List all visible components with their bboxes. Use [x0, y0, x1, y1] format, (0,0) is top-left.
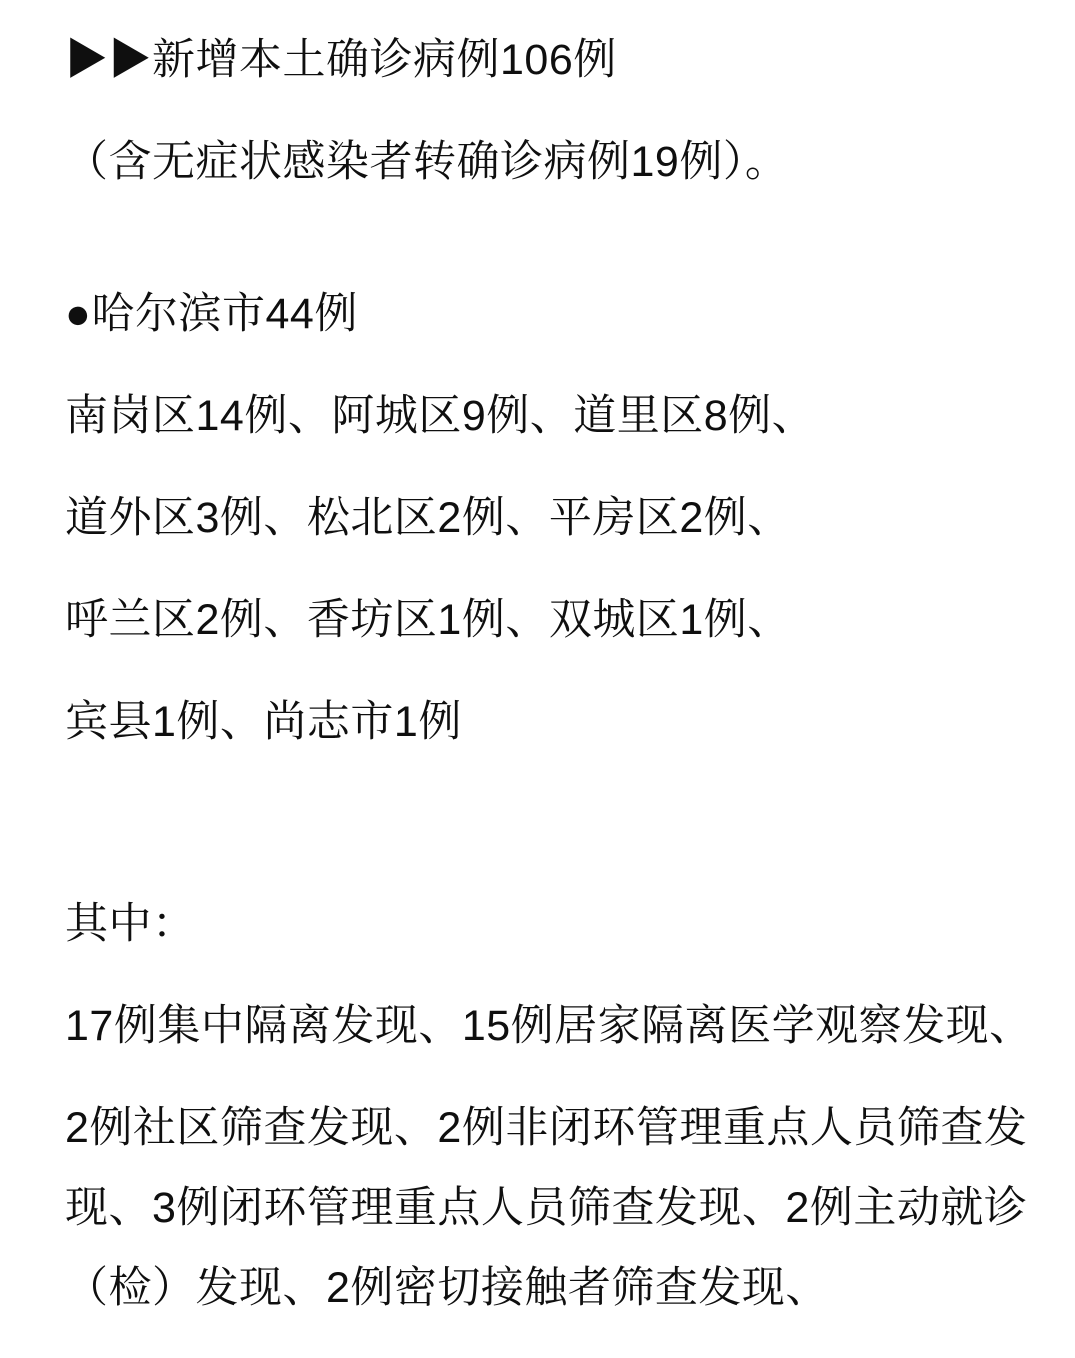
breakdown-first-line: 17例集中隔离发现、15例居家隔离医学观察发现、	[65, 986, 1037, 1066]
breakdown-wrapped-line: （检）发现、2例密切接触者筛查发现、	[65, 1248, 1037, 1328]
district-line: 道外区3例、松北区2例、平房区2例、	[65, 478, 1037, 558]
headline-subline: （含无症状感染者转确诊病例19例）。	[65, 122, 1037, 202]
forward-arrows-icon: ▶▶	[65, 36, 152, 84]
breakdown-label: 其中：	[65, 884, 1037, 964]
headline-line: ▶▶新增本土确诊病例106例	[65, 20, 1037, 100]
headline-text: 新增本土确诊病例106例	[152, 36, 617, 84]
article-body: ▶▶新增本土确诊病例106例 （含无症状感染者转确诊病例19例）。 ●哈尔滨市4…	[0, 0, 1075, 1328]
district-line: 宾县1例、尚志市1例	[65, 682, 1037, 762]
city-title-text: 哈尔滨市44例	[91, 290, 357, 338]
district-line: 呼兰区2例、香坊区1例、双城区1例、	[65, 580, 1037, 660]
city-title-line: ●哈尔滨市44例	[65, 274, 1037, 354]
breakdown-wrapped-line: 2例社区筛查发现、2例非闭环管理重点人员筛查发	[65, 1088, 1037, 1168]
breakdown-wrapped-line: 现、3例闭环管理重点人员筛查发现、2例主动就诊	[65, 1168, 1037, 1248]
district-line: 南岗区14例、阿城区9例、道里区8例、	[65, 376, 1037, 456]
bullet-icon: ●	[65, 290, 91, 338]
